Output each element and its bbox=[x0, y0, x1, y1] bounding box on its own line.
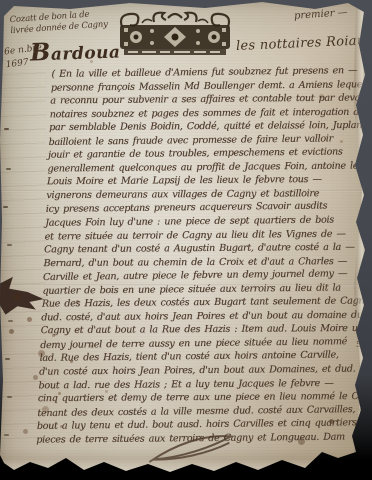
photo-backdrop: Cozatt de bon la de livrée donnée de Cag… bbox=[0, 0, 372, 480]
corner-annotation: premier — bbox=[294, 7, 348, 22]
foxing-specks bbox=[0, 0, 3, 3]
body-text: ( En la ville et bailleue d'Amiens fut s… bbox=[32, 65, 367, 447]
notary-name-script: Bardoua bbox=[30, 34, 121, 66]
binding-marks bbox=[4, 128, 9, 130]
margin-registration-note: Cozatt de bon la de livrée donnée de Cag… bbox=[9, 7, 130, 37]
header-royal-notaries: les nottaires Roiaux bbox=[236, 33, 372, 54]
manuscript-page: Cozatt de bon la de livrée donnée de Cag… bbox=[0, 0, 372, 480]
fiscal-tax-stamp-icon bbox=[116, 9, 234, 57]
